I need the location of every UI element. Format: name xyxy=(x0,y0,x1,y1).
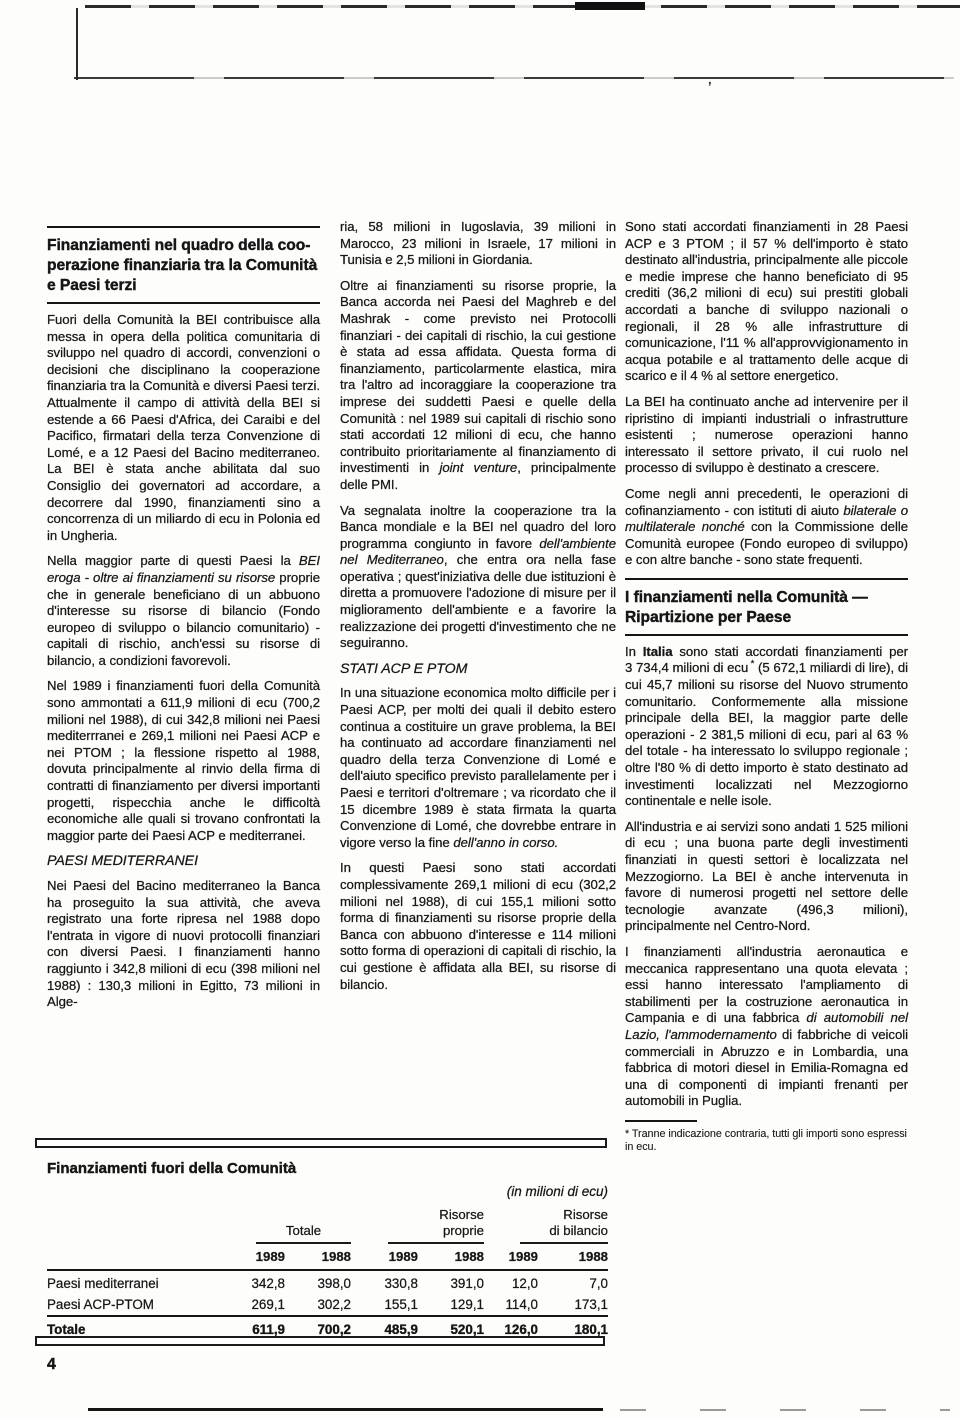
horizontal-rule xyxy=(625,578,908,580)
table-group-label: Totale xyxy=(256,1223,351,1244)
table-cell-value: 269,1 xyxy=(217,1297,285,1312)
scan-artifact-ink-blob xyxy=(575,2,645,10)
table-cell-value: 398,0 xyxy=(285,1276,351,1291)
paragraph: Nel 1989 i finanziamenti fuori della Com… xyxy=(47,678,320,844)
table-frame-top-bar xyxy=(35,1138,607,1148)
table-cell-value: 155,1 xyxy=(351,1297,418,1312)
footnote-text: * Tranne indicazione contraria, tutti gl… xyxy=(625,1128,908,1155)
scan-artifact-second-line xyxy=(74,77,954,79)
text-column-right: Sono stati accordati finanziamenti in 28… xyxy=(625,219,908,1155)
table-row: Paesi ACP-PTOM269,1302,2155,1129,1114,01… xyxy=(47,1292,608,1313)
horizontal-rule xyxy=(47,226,320,228)
table-row-label: Paesi mediterranei xyxy=(47,1276,217,1291)
table-finanziamenti-fuori-comunita: Finanziamenti fuori della Comunità (in m… xyxy=(47,1160,608,1338)
table-cell-value: 173,1 xyxy=(538,1297,608,1312)
paragraph: In una situazione economica molto diffic… xyxy=(340,685,616,851)
table-row-label: Paesi ACP-PTOM xyxy=(47,1297,217,1312)
paragraph: Nella maggior parte di questi Paesi la B… xyxy=(47,553,320,669)
table-cell-value: 485,9 xyxy=(351,1322,418,1337)
table-year-headers: 198919881989198819891988 xyxy=(47,1249,608,1264)
paragraph: In Italia sono stati accordati finanziam… xyxy=(625,644,908,810)
table-cell-value: 330,8 xyxy=(351,1276,418,1291)
text-column-middle: ria, 58 milioni in Iugoslavia, 39 milion… xyxy=(340,219,616,1002)
scan-artifact-speck: ’ xyxy=(708,80,712,98)
table-cell-value: 180,1 xyxy=(538,1322,608,1337)
paragraph: Nei Paesi del Bacino mediterraneo la Ban… xyxy=(47,878,320,1011)
table-cell-value: 391,0 xyxy=(418,1276,484,1291)
table-row: Paesi mediterranei342,8398,0330,8391,012… xyxy=(47,1271,608,1292)
table-year-header: 1988 xyxy=(285,1249,351,1264)
paragraph: All'industria e ai servizi sono andati 1… xyxy=(625,819,908,935)
page-number: 4 xyxy=(47,1356,56,1374)
table-group-label: Risorse di bilancio xyxy=(520,1207,608,1244)
table-group-header: Risorse di bilancio xyxy=(484,1207,608,1244)
horizontal-rule xyxy=(47,302,320,304)
paragraph: I finanziamenti all'industria aeronautic… xyxy=(625,944,908,1110)
subsection-heading: STATI ACP E PTOM xyxy=(340,661,616,678)
paragraph: Oltre ai finanziamenti su risorse propri… xyxy=(340,278,616,494)
table-group-header: Risorse proprie xyxy=(351,1207,484,1244)
table-unit-note: (in milioni di ecu) xyxy=(47,1184,608,1199)
scan-artifact-bottom-dashes xyxy=(620,1409,950,1411)
table-cell-value: 7,0 xyxy=(538,1276,608,1291)
table-title: Finanziamenti fuori della Comunità xyxy=(47,1160,608,1177)
table-cell-value: 520,1 xyxy=(418,1322,484,1337)
table-body: Paesi mediterranei342,8398,0330,8391,012… xyxy=(47,1271,608,1338)
table-cell-value: 114,0 xyxy=(484,1297,538,1312)
table-year-header: 1988 xyxy=(418,1249,484,1264)
section-heading: Finanziamenti nel quadro della coo-peraz… xyxy=(47,236,320,296)
section-heading: I finanziamenti nella Comunità —Ripartiz… xyxy=(625,588,908,628)
table-cell-value: 12,0 xyxy=(484,1276,538,1291)
paragraph: Fuori della Comunità la BEI contribuisce… xyxy=(47,312,320,544)
scan-artifact-bottom-line xyxy=(88,1408,603,1411)
table-year-header: 1989 xyxy=(484,1249,538,1264)
table-year-header: 1988 xyxy=(538,1249,608,1264)
horizontal-rule xyxy=(625,634,908,636)
scan-artifact-corner-bracket xyxy=(76,8,78,80)
footnote-rule xyxy=(625,1120,697,1122)
subsection-heading: PAESI MEDITERRANEI xyxy=(47,853,320,870)
table-corner-spacer xyxy=(47,1249,217,1264)
table-year-header: 1989 xyxy=(217,1249,285,1264)
paragraph: Come negli anni precedenti, le operazion… xyxy=(625,486,908,569)
table-cell-value: 302,2 xyxy=(285,1297,351,1312)
table-row-label: Totale xyxy=(47,1322,217,1337)
table-group-header: Totale xyxy=(217,1222,351,1244)
text-column-left: Finanziamenti nel quadro della coo-peraz… xyxy=(47,222,320,1020)
table-cell-value: 342,8 xyxy=(217,1276,285,1291)
scan-artifact-top-line xyxy=(85,5,960,8)
table-cell-value: 129,1 xyxy=(418,1297,484,1312)
table-row: Totale611,9700,2485,9520,1126,0180,1 xyxy=(47,1317,608,1338)
table-cell-value: 126,0 xyxy=(484,1322,538,1337)
document-page: ’ Finanziamenti nel quadro della coo-per… xyxy=(0,0,960,1418)
table-group-label: Risorse proprie xyxy=(388,1207,484,1244)
paragraph: ria, 58 milioni in Iugoslavia, 39 milion… xyxy=(340,219,616,269)
paragraph: Va segnalata inoltre la cooperazione tra… xyxy=(340,503,616,652)
table-cell-value: 700,2 xyxy=(285,1322,351,1337)
paragraph: La BEI ha continuato anche ad intervenir… xyxy=(625,394,908,477)
paragraph: In questi Paesi sono stati accordati com… xyxy=(340,860,616,993)
table-column-groups: TotaleRisorse proprieRisorse di bilancio xyxy=(47,1207,608,1244)
table-cell-value: 611,9 xyxy=(217,1322,285,1337)
paragraph: Sono stati accordati finanziamenti in 28… xyxy=(625,219,908,385)
table-year-header: 1989 xyxy=(351,1249,418,1264)
